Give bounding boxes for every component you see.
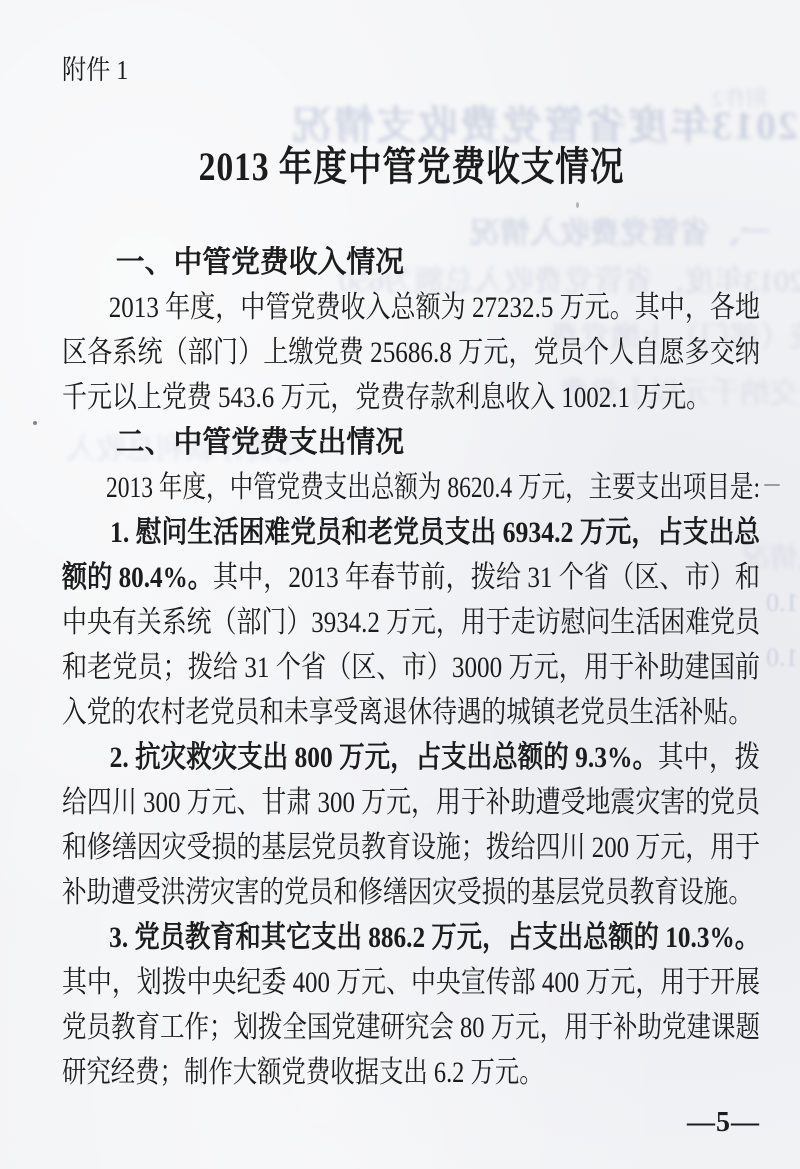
- item-1-line: 入党的农村老党员和未享受离退休待遇的城镇老党员生活补贴。: [62, 690, 760, 735]
- line-text: 千元以上党费 543.6 万元，党费存款利息收入 1002.1 万元。: [62, 381, 711, 414]
- page-number-row: —5—: [62, 1103, 760, 1143]
- line-text: 研究经费；制作大额党费收据支出 6.2 万元。: [62, 1056, 544, 1089]
- line-text: 区各系统（部门）上缴党费 25686.8 万元，党员个人自愿多交纳: [62, 336, 760, 369]
- attachment-label-row: 附件 1: [62, 50, 760, 90]
- line-text: 3. 党员教育和其它支出 886.2 万元，占支出总额的 10.3%。: [109, 921, 760, 954]
- bleedthrough-text: 1.0: [766, 588, 799, 618]
- paragraph-line: 千元以上党费 543.6 万元，党费存款利息收入 1002.1 万元。: [62, 375, 760, 420]
- line-text: 入党的农村老党员和未享受离退休待遇的城镇老党员生活补贴。: [62, 696, 753, 729]
- line-text: 补助遭受洪涝灾害的党员和修缮因灾受损的基层党员教育设施。: [62, 876, 753, 909]
- line-text: 党员教育工作；划拨全国党建研究会 80 万元，用于补助党建课题: [62, 1011, 760, 1044]
- paragraph-line: 2013 年度，中管党费收入总额为 27232.5 万元。其中，各地: [62, 285, 760, 330]
- item-2-line: 给四川 300 万元、甘肃 300 万元，用于补助遭受地震灾害的党员: [62, 780, 760, 825]
- line-text: 和老党员；拨给 31 个省（区、市）3000 万元，用于补助建国前: [62, 651, 760, 684]
- line-text: 1. 慰问生活困难党员和老党员支出 6934.2 万元，占支出总: [110, 516, 760, 549]
- item-3-line: 其中，划拨中央纪委 400 万元、中央宣传部 400 万元，用于开展: [62, 960, 760, 1005]
- document-title-row: 2013 年度中管党费收支情况: [62, 138, 760, 196]
- line-text: 2013 年度，中管党费收入总额为 27232.5 万元。其中，各地: [109, 291, 760, 324]
- item-1-line: 1. 慰问生活困难党员和老党员支出 6934.2 万元，占支出总: [62, 510, 760, 555]
- line-text: 其中，2013 年春节前，拨给 31 个省（区、市）和: [213, 561, 760, 594]
- line-text: 给四川 300 万元、甘肃 300 万元，用于补助遭受地震灾害的党员: [62, 786, 760, 819]
- heading-text: 二、中管党费支出情况: [116, 426, 404, 459]
- item-1-line: 和老党员；拨给 31 个省（区、市）3000 万元，用于补助建国前: [62, 645, 760, 690]
- bleedthrough-text: 1.0: [766, 643, 799, 673]
- line-text: 和修缮因灾受损的基层党员教育设施；拨给四川 200 万元，用于: [62, 831, 760, 864]
- line-text: 2. 抗灾救灾支出 800 万元，占支出总额的 9.3%。: [110, 741, 658, 774]
- line-text: 其中，划拨中央纪委 400 万元、中央宣传部 400 万元，用于开展: [62, 966, 760, 999]
- line-text: 中央有关系统（部门）3934.2 万元，用于走访慰问生活困难党员: [62, 606, 760, 639]
- attachment-label: 附件 1: [62, 50, 128, 90]
- item-2-line: 和修缮因灾受损的基层党员教育设施；拨给四川 200 万元，用于: [62, 825, 760, 870]
- item-3-line: 3. 党员教育和其它支出 886.2 万元，占支出总额的 10.3%。: [62, 915, 760, 960]
- document-page: 附件2 2013年度省管党费收支情况 一、省管党费收入情况 2013年度，省管党…: [0, 0, 800, 1169]
- paragraph-line: 区各系统（部门）上缴党费 25686.8 万元，党员个人自愿多交纳: [62, 330, 760, 375]
- item-3-line: 党员教育工作；划拨全国党建研究会 80 万元，用于补助党建课题: [62, 1005, 760, 1050]
- scan-speck: [764, 484, 780, 486]
- item-1-line: 额的 80.4%。其中，2013 年春节前，拨给 31 个省（区、市）和: [62, 555, 760, 600]
- item-3-line: 研究经费；制作大额党费收据支出 6.2 万元。: [62, 1050, 760, 1095]
- item-2-line: 2. 抗灾救灾支出 800 万元，占支出总额的 9.3%。其中，拨: [62, 735, 760, 780]
- document-title: 2013 年度中管党费收支情况: [198, 138, 624, 196]
- section-heading-income: 一、中管党费收入情况: [62, 240, 760, 285]
- paragraph-line: 2013 年度，中管党费支出总额为 8620.4 万元，主要支出项目是:: [62, 465, 760, 510]
- scan-speck: [33, 421, 37, 425]
- page-number: —5—: [687, 1107, 760, 1138]
- heading-text: 一、中管党费收入情况: [116, 246, 404, 279]
- line-text: 2013 年度，中管党费支出总额为 8620.4 万元，主要支出项目是:: [106, 471, 760, 504]
- scan-speck: [576, 202, 579, 208]
- item-2-line: 补助遭受洪涝灾害的党员和修缮因灾受损的基层党员教育设施。: [62, 870, 760, 915]
- item-1-line: 中央有关系统（部门）3934.2 万元，用于走访慰问生活困难党员: [62, 600, 760, 645]
- section-heading-expenditure: 二、中管党费支出情况: [62, 420, 760, 465]
